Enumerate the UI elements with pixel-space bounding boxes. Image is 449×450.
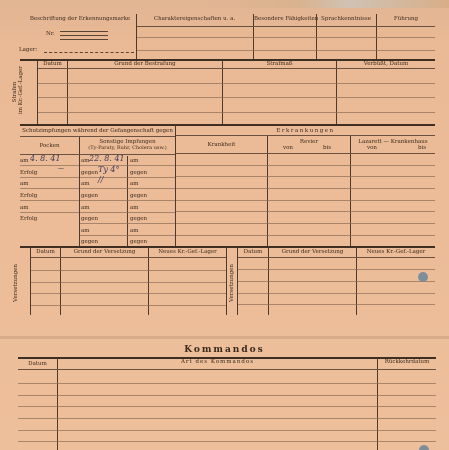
rule-heavy [20,124,435,126]
rule [20,188,79,189]
pocken-am-label: am [20,181,29,187]
rule [31,257,226,258]
versetzung-row [238,304,435,305]
col-grund-bestrafung: Grund der Bestrafung [68,61,222,67]
nr-field-line2 [60,35,108,40]
rule [137,26,435,27]
vers-col-datum-2: Datum [238,249,268,255]
sonstige-gegen-label-2: gegen [130,239,147,245]
divider [127,156,128,247]
vers-col-lager: Neues Kr.-Gef.-Lager [149,249,226,255]
sonstige-gegen-label-2: gegen [130,193,147,199]
versetzung-row [31,293,226,294]
rule [20,212,79,213]
versetzung-row [31,282,226,283]
revier-von: von [283,145,293,151]
kom-col-art: Art des Kommandos [58,359,377,365]
erkrankungen-row [176,165,435,166]
vers-col-grund-2: Grund der Versetzung [269,249,356,255]
divider [336,60,337,124]
erkrankungen-row [176,200,435,201]
rule [80,177,175,178]
rule [137,50,435,51]
torn-edge [200,0,449,8]
rule [20,136,175,137]
kommando-row [18,441,436,442]
sonstige-am-label-2: am [130,181,139,187]
punch-hole [419,445,429,450]
versetzung-row [31,270,226,271]
schutzimpfungen-title: Schutzimpfungen während der Gefangenscha… [20,128,175,134]
vers-col-datum: Datum [31,249,60,255]
rule [80,223,175,224]
revier-bis: bis [323,145,331,151]
col-strafmass: Strafmaß [223,61,336,67]
sonstige-am-label-2: am [130,158,139,164]
rule [20,200,79,201]
sonstige-am-label-2: am [130,228,139,234]
pocken-am-value: 4. 8. 41 [30,154,61,163]
kommando-row [18,430,436,431]
versetzung-row [31,305,226,306]
versetzung-row [238,293,435,294]
erkrankungen-title: Erkrankungen [176,128,435,134]
erkrankungen-row [176,223,435,224]
rule [38,68,435,69]
pocken-erfolg-value: — [58,165,64,172]
divider [222,60,223,124]
divider [226,247,227,315]
rule [80,200,175,201]
fold-crease [0,336,449,339]
kom-col-rueckkehr: Rückkehrdatum [378,359,436,365]
strafen-row [38,97,435,98]
rule [80,235,175,236]
erkennungsmarke-label: Beschriftung der Erkennungsmarke [20,16,140,22]
sonstige-gegen-label: gegen [81,239,98,245]
sonstige-gegen-label: gegen [81,216,98,222]
versetzung-row [238,281,435,282]
rule [80,188,175,189]
strafen-side-label: Strafen im Kr.-Gef.-Lager [12,70,24,114]
kom-col-datum: Datum [18,361,57,367]
rule [80,165,175,166]
prisoner-record-card: Beschriftung der Erkennungsmarke Nr. Lag… [0,0,449,450]
erkrankungen-row [176,176,435,177]
faehigkeiten-label: Besondere Fähigkeiten [254,16,316,22]
kommando-row [18,418,436,419]
rule [238,257,435,258]
rule [137,37,435,38]
vers-col-grund: Grund der Versetzung [61,249,148,255]
nr-label: Nr. [46,31,55,37]
divider [57,358,58,450]
divider [67,60,68,124]
sonstige-am-label: am [81,205,90,211]
rule-heavy [20,246,435,248]
lazarett-von: von [367,145,377,151]
lager-label: Lager: [19,47,37,53]
rule [176,135,435,136]
revier-label: Revier [268,139,350,145]
fuehrung-label: Führung [377,16,435,22]
pocken-am-label: am [20,205,29,211]
lazarett-bis: bis [418,145,426,151]
kommando-row [18,395,436,396]
sonstige-am-value: // [98,175,103,184]
sonstige-gegen-label: gegen [81,193,98,199]
sonstige-gegen-label: gegen [81,170,98,176]
strafen-side-label-2: im Kr.-Gef.-Lager [18,70,24,114]
versetzungen-side-label-left: Versetzungen [13,261,19,305]
col-datum: Datum [38,61,67,67]
divider [377,358,378,450]
pocken-erfolg-label: Erfolg [20,216,37,222]
divider [37,60,38,124]
sonstige-am-label: am [81,181,90,187]
versetzungen-side-label-right: Versetzungen [229,261,235,305]
lager-field[interactable] [44,52,134,53]
sonstige-gegen-value: Ty 4° [98,165,120,174]
pocken-erfolg-label: Erfolg [20,170,37,176]
charakter-label: Charaktereigenschaften u. a. [137,16,252,22]
strafen-row [38,112,435,113]
vers-col-lager-2: Neues Kr.-Gef.-Lager [357,249,435,255]
sonstige-am-label-2: am [130,205,139,211]
erkrankungen-row [176,235,435,236]
strafen-row [38,83,435,84]
sonstige-gegen-label-2: gegen [130,216,147,222]
krankheit-label: Krankheit [176,142,267,148]
sonstige-gegen-label-2: gegen [130,170,147,176]
rule [176,153,435,154]
rule [20,177,79,178]
kommandos-title: Kommandos [0,345,449,355]
sonstige-am-value: 22. 8. 41 [89,154,125,163]
sonstige-am-label: am [81,228,90,234]
rule [80,212,175,213]
pocken-label: Pocken [20,143,79,149]
punch-hole [418,272,428,282]
erkrankungen-row [176,211,435,212]
sprachen-label: Sprachkenntnisse [317,16,375,22]
sonstige-label-2: (Ty-Paraty, Ruhr, Cholera usw.) [80,145,175,151]
pocken-erfolg-label: Erfolg [20,193,37,199]
kommando-row [18,383,436,384]
versetzung-row [238,269,435,270]
erkrankungen-row [176,188,435,189]
pocken-am-label: am [20,158,29,164]
kommando-row [18,406,436,407]
rule [18,369,436,370]
rule [20,165,79,166]
col-verbuesst-datum: Verbüßt, Datum [337,61,435,67]
